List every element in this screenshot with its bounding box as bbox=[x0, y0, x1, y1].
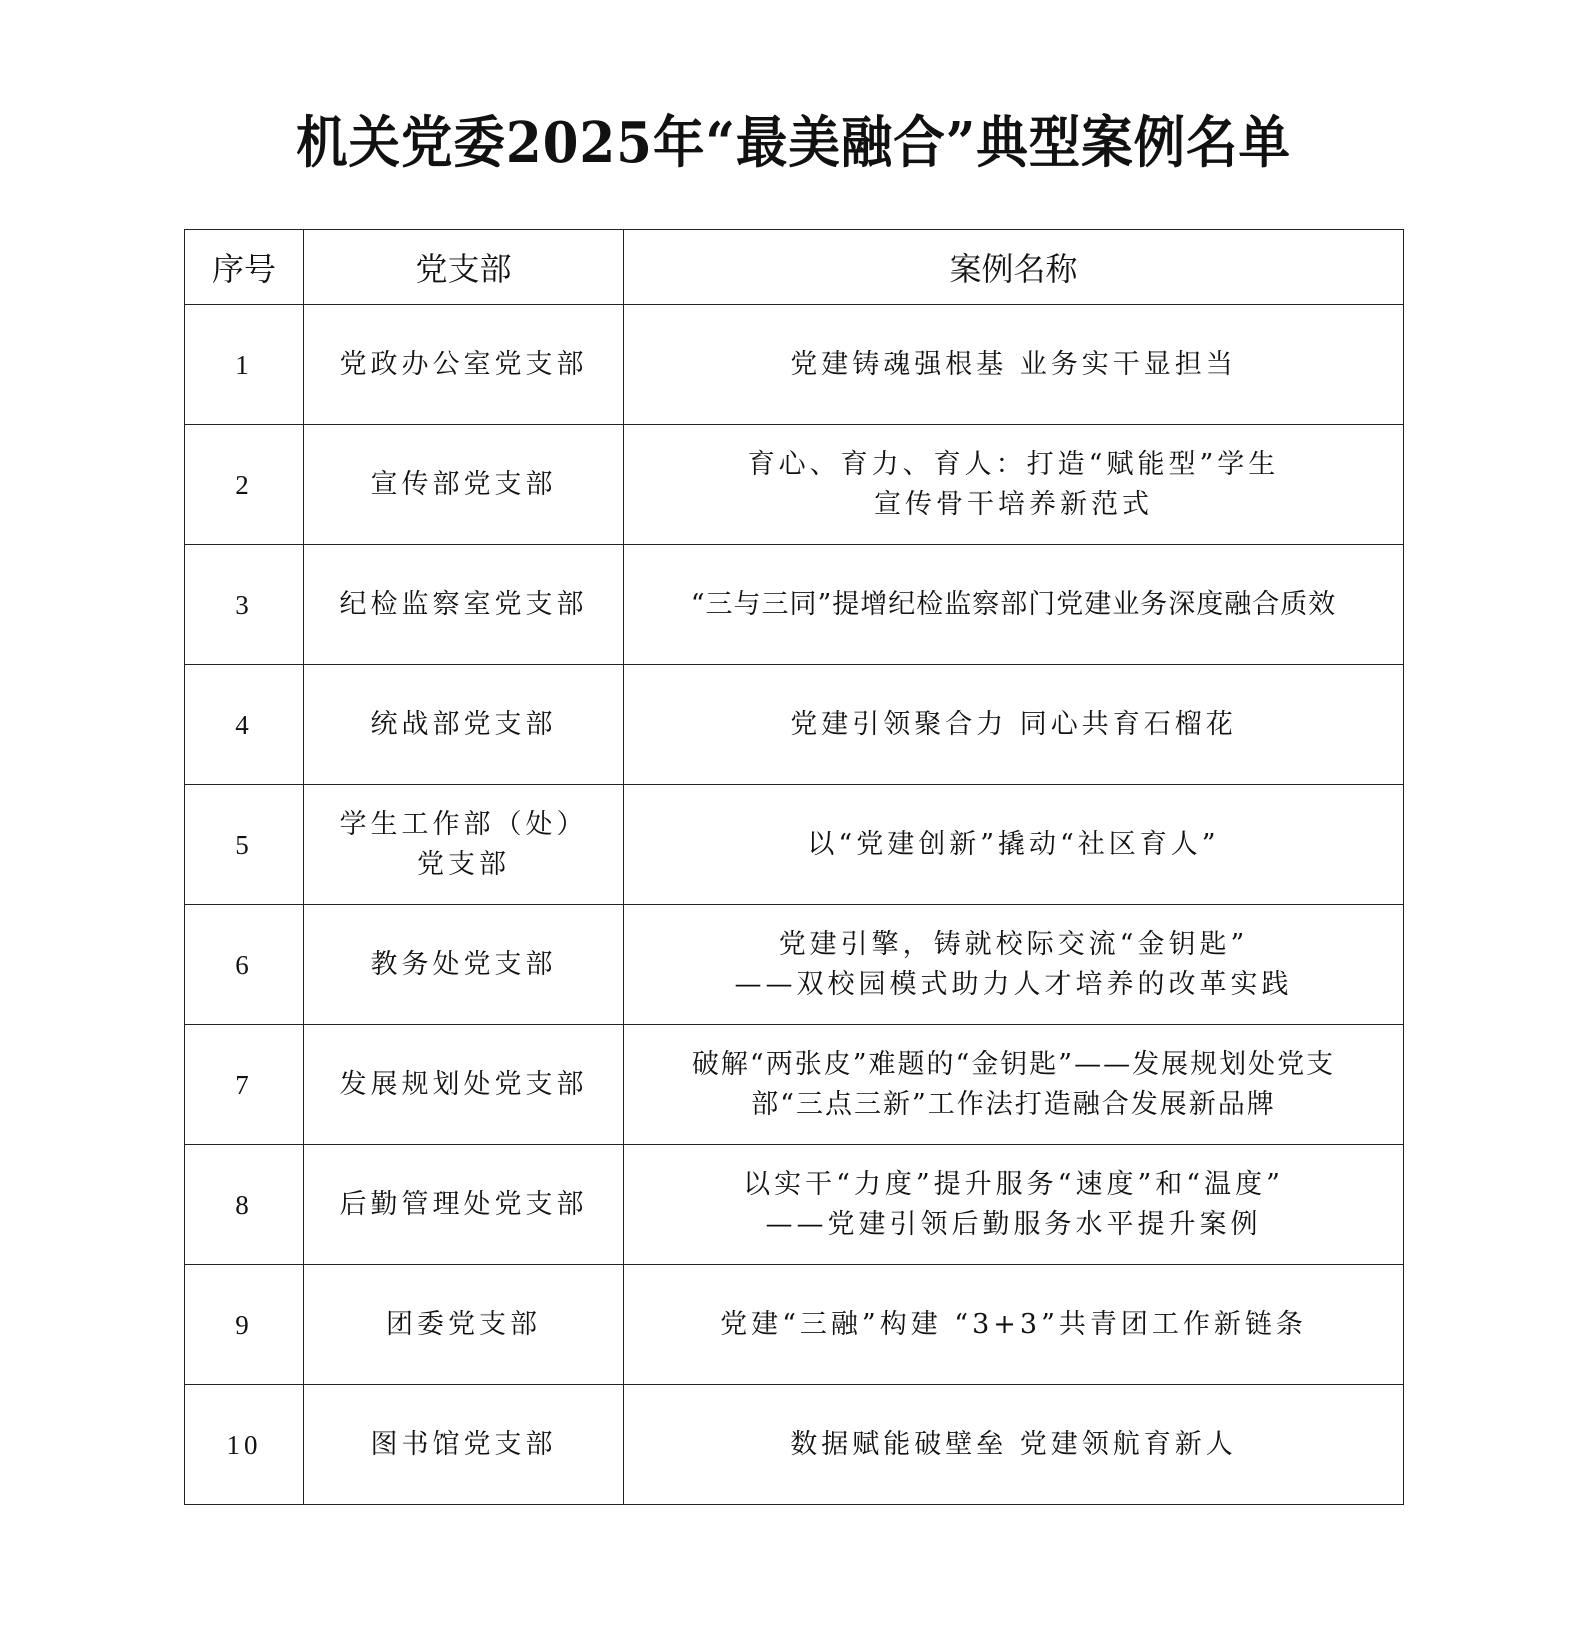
party-branch-cell: 图书馆党支部 bbox=[304, 1385, 624, 1505]
party-branch-cell: 统战部党支部 bbox=[304, 665, 624, 785]
case-name-cell: 党建“三融”构建 “3+3”共青团工作新链条 bbox=[624, 1265, 1404, 1385]
serial-number-cell: 3 bbox=[185, 545, 304, 665]
case-name-cell: 数据赋能破壁垒 党建领航育新人 bbox=[624, 1385, 1404, 1505]
party-branch-cell: 宣传部党支部 bbox=[304, 425, 624, 545]
header-serial-number: 序号 bbox=[185, 230, 304, 305]
case-list-table: 序号 党支部 案例名称 1 党政办公室党支部 党建铸魂强根基 业务实干显担当 2… bbox=[184, 229, 1404, 1505]
case-name-cell: “三与三同”提增纪检监察部门党建业务深度融合质效 bbox=[624, 545, 1404, 665]
serial-number-cell: 7 bbox=[185, 1025, 304, 1145]
party-branch-cell: 发展规划处党支部 bbox=[304, 1025, 624, 1145]
party-branch-line: 团委党支部 bbox=[312, 1305, 615, 1345]
table-row: 1 党政办公室党支部 党建铸魂强根基 业务实干显担当 bbox=[185, 305, 1404, 425]
case-name-line: 以实干“力度”提升服务“速度”和“温度” bbox=[632, 1165, 1395, 1205]
case-name-line: 党建引领聚合力 同心共育石榴花 bbox=[632, 705, 1395, 745]
party-branch-cell: 党政办公室党支部 bbox=[304, 305, 624, 425]
party-branch-cell: 教务处党支部 bbox=[304, 905, 624, 1025]
table-row: 9 团委党支部 党建“三融”构建 “3+3”共青团工作新链条 bbox=[185, 1265, 1404, 1385]
case-name-line: 部“三点三新”工作法打造融合发展新品牌 bbox=[632, 1085, 1395, 1125]
case-name-line: ——双校园模式助力人才培养的改革实践 bbox=[632, 965, 1395, 1005]
case-name-cell: 育心、育力、育人：打造“赋能型”学生 宣传骨干培养新范式 bbox=[624, 425, 1404, 545]
party-branch-cell: 后勤管理处党支部 bbox=[304, 1145, 624, 1265]
party-branch-cell: 团委党支部 bbox=[304, 1265, 624, 1385]
party-branch-line: 后勤管理处党支部 bbox=[312, 1185, 615, 1225]
party-branch-line: 教务处党支部 bbox=[312, 945, 615, 985]
serial-number-cell: 4 bbox=[185, 665, 304, 785]
serial-number-cell: 8 bbox=[185, 1145, 304, 1265]
case-name-cell: 党建引擎，铸就校际交流“金钥匙” ——双校园模式助力人才培养的改革实践 bbox=[624, 905, 1404, 1025]
table-row: 7 发展规划处党支部 破解“两张皮”难题的“金钥匙”——发展规划处党支 部“三点… bbox=[185, 1025, 1404, 1145]
table-row: 5 学生工作部（处） 党支部 以“党建创新”撬动“社区育人” bbox=[185, 785, 1404, 905]
table-row: 2 宣传部党支部 育心、育力、育人：打造“赋能型”学生 宣传骨干培养新范式 bbox=[185, 425, 1404, 545]
case-name-line: 党建铸魂强根基 业务实干显担当 bbox=[632, 345, 1395, 385]
header-case-name: 案例名称 bbox=[624, 230, 1404, 305]
case-name-line: 党建“三融”构建 “3+3”共青团工作新链条 bbox=[632, 1305, 1395, 1345]
table-row: 10 图书馆党支部 数据赋能破壁垒 党建领航育新人 bbox=[185, 1385, 1404, 1505]
document-title: 机关党委2025年“最美融合”典型案例名单 bbox=[63, 108, 1523, 178]
case-name-line: “三与三同”提增纪检监察部门党建业务深度融合质效 bbox=[632, 585, 1395, 625]
party-branch-cell: 纪检监察室党支部 bbox=[304, 545, 624, 665]
party-branch-line: 党支部 bbox=[312, 845, 615, 885]
table-row: 6 教务处党支部 党建引擎，铸就校际交流“金钥匙” ——双校园模式助力人才培养的… bbox=[185, 905, 1404, 1025]
table-header-row: 序号 党支部 案例名称 bbox=[185, 230, 1404, 305]
case-name-line: ——党建引领后勤服务水平提升案例 bbox=[632, 1205, 1395, 1245]
case-name-cell: 党建引领聚合力 同心共育石榴花 bbox=[624, 665, 1404, 785]
case-name-cell: 以实干“力度”提升服务“速度”和“温度” ——党建引领后勤服务水平提升案例 bbox=[624, 1145, 1404, 1265]
serial-number-cell: 2 bbox=[185, 425, 304, 545]
case-name-line: 破解“两张皮”难题的“金钥匙”——发展规划处党支 bbox=[632, 1045, 1395, 1085]
party-branch-line: 纪检监察室党支部 bbox=[312, 585, 615, 625]
case-name-cell: 以“党建创新”撬动“社区育人” bbox=[624, 785, 1404, 905]
serial-number-cell: 1 bbox=[185, 305, 304, 425]
party-branch-line: 图书馆党支部 bbox=[312, 1425, 615, 1465]
serial-number-cell: 5 bbox=[185, 785, 304, 905]
case-name-line: 育心、育力、育人：打造“赋能型”学生 bbox=[632, 445, 1395, 485]
table-row: 8 后勤管理处党支部 以实干“力度”提升服务“速度”和“温度” ——党建引领后勤… bbox=[185, 1145, 1404, 1265]
header-party-branch: 党支部 bbox=[304, 230, 624, 305]
party-branch-line: 党政办公室党支部 bbox=[312, 345, 615, 385]
case-name-line: 以“党建创新”撬动“社区育人” bbox=[632, 825, 1395, 865]
serial-number-cell: 6 bbox=[185, 905, 304, 1025]
case-name-cell: 党建铸魂强根基 业务实干显担当 bbox=[624, 305, 1404, 425]
case-name-cell: 破解“两张皮”难题的“金钥匙”——发展规划处党支 部“三点三新”工作法打造融合发… bbox=[624, 1025, 1404, 1145]
case-name-line: 党建引擎，铸就校际交流“金钥匙” bbox=[632, 925, 1395, 965]
table-row: 4 统战部党支部 党建引领聚合力 同心共育石榴花 bbox=[185, 665, 1404, 785]
party-branch-line: 学生工作部（处） bbox=[312, 805, 615, 845]
party-branch-cell: 学生工作部（处） 党支部 bbox=[304, 785, 624, 905]
party-branch-line: 宣传部党支部 bbox=[312, 465, 615, 505]
party-branch-line: 发展规划处党支部 bbox=[312, 1065, 615, 1105]
table-row: 3 纪检监察室党支部 “三与三同”提增纪检监察部门党建业务深度融合质效 bbox=[185, 545, 1404, 665]
party-branch-line: 统战部党支部 bbox=[312, 705, 615, 745]
serial-number-cell: 10 bbox=[185, 1385, 304, 1505]
serial-number-cell: 9 bbox=[185, 1265, 304, 1385]
case-name-line: 宣传骨干培养新范式 bbox=[632, 485, 1395, 525]
case-name-line: 数据赋能破壁垒 党建领航育新人 bbox=[632, 1425, 1395, 1465]
